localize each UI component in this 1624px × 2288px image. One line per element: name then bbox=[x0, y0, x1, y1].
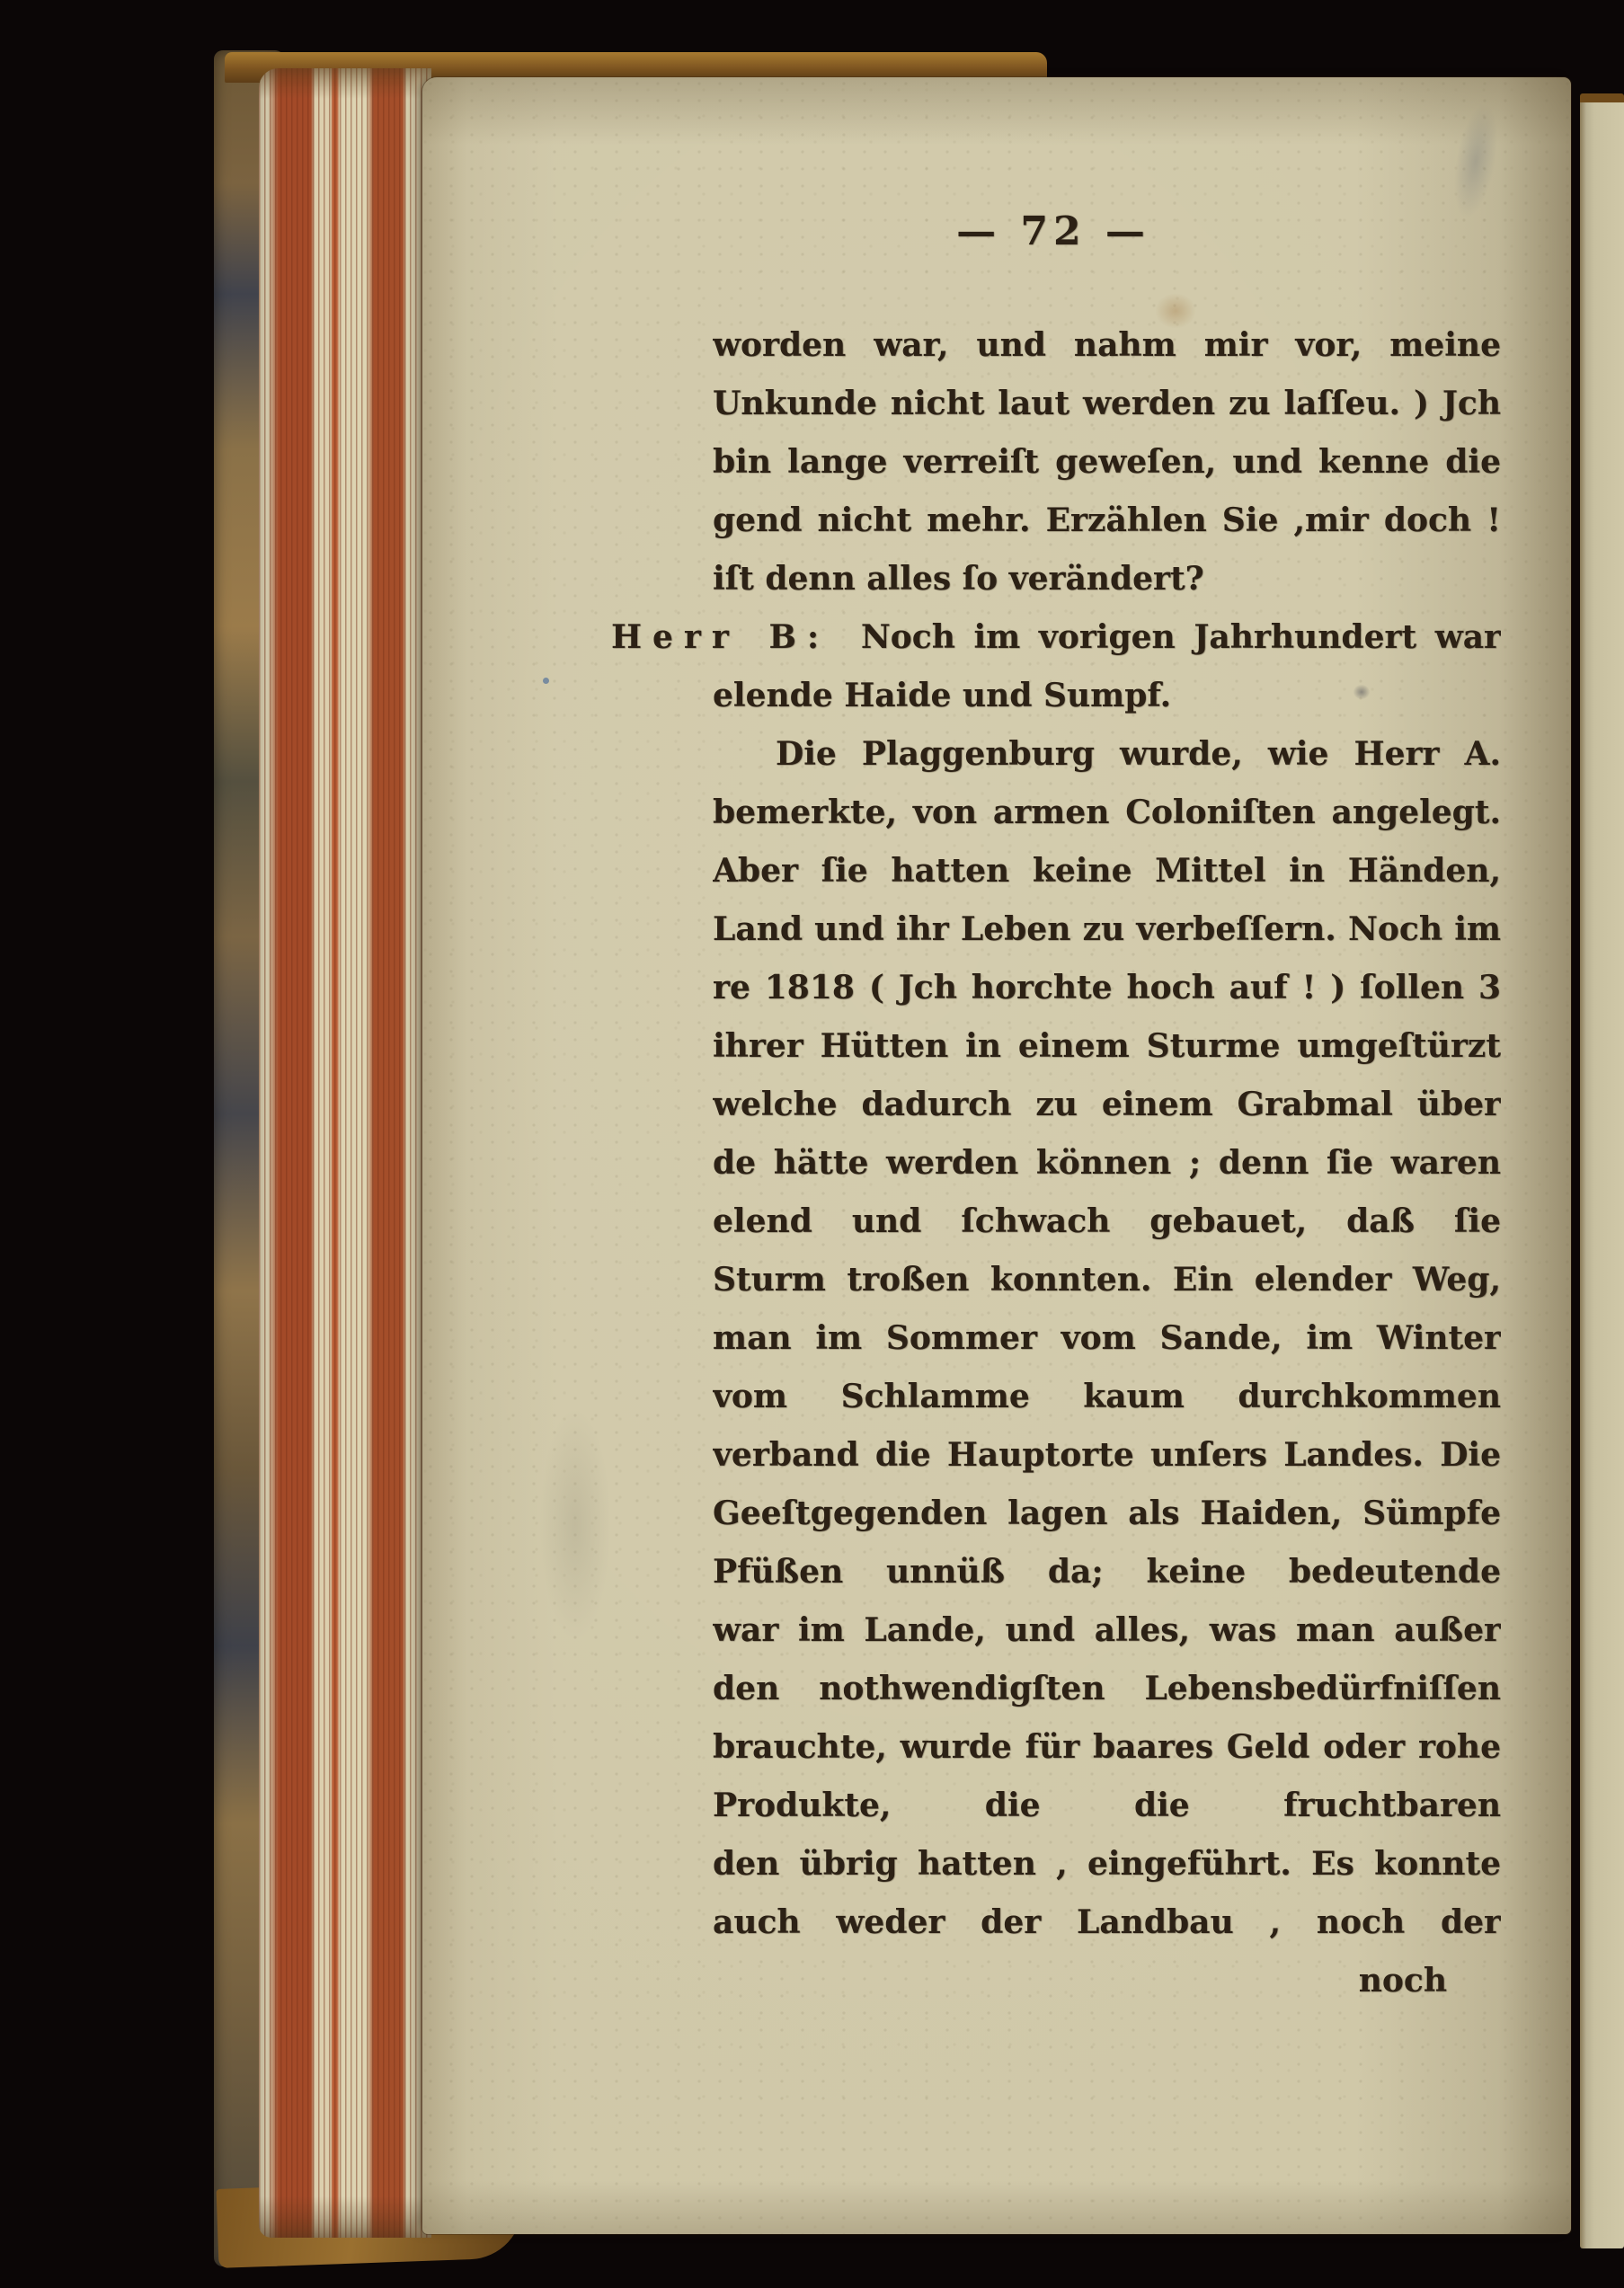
text-line-content: worden war, und nahm mir vor, meine bbox=[713, 326, 1501, 364]
text-line-content: Aber ſie hatten keine Mittel in Händen, … bbox=[713, 852, 1501, 900]
text-line-content: brauchte, wurde für baares Geld oder roh… bbox=[713, 1728, 1501, 1766]
text-line: verband die Hauptorte unſers Landes. Die bbox=[713, 1426, 1501, 1485]
text-line-content: bin lange verreiſt geweſen, und kenne di… bbox=[713, 443, 1501, 492]
catchword: noch bbox=[713, 1952, 1501, 2010]
text-line: bin lange verreiſt geweſen, und kenne di… bbox=[713, 433, 1501, 492]
text-line-content: den übrig hatten , eingeführt. Es konnte… bbox=[713, 1845, 1501, 1893]
text-line: Aber ſie hatten keine Mittel in Händen, … bbox=[713, 842, 1501, 900]
text-line: Produkte, die die fruchtbaren Marſchgege… bbox=[713, 1777, 1501, 1835]
text-line: brauchte, wurde für baares Geld oder roh… bbox=[713, 1718, 1501, 1777]
text-line: den nothwendigſten Lebensbedürfniſſen ge… bbox=[713, 1660, 1501, 1718]
text-line: man im Sommer vom Sande, im Winter bbox=[713, 1309, 1501, 1368]
text-line-content: Produkte, die die fruchtbaren Marſchgege… bbox=[713, 1787, 1501, 1835]
text-line: Geeſtgegenden lagen als Haiden, Sümpfe o… bbox=[713, 1485, 1501, 1543]
text-block: worden war, und nahm mir vor, meineUnkun… bbox=[713, 316, 1501, 1952]
text-line: welche dadurch zu einem Grabmal über der… bbox=[713, 1076, 1501, 1134]
book-page: — 72 — worden war, und nahm mir vor, mei… bbox=[422, 77, 1571, 2234]
text-line-content: elend und ſchwach gebauet, daß ſie keine… bbox=[713, 1202, 1501, 1251]
text-line: de hätte werden können ; denn ſie waren … bbox=[713, 1134, 1501, 1193]
text-line: auch weder der Landbau , noch der Handel… bbox=[713, 1893, 1501, 1952]
ink-speck bbox=[543, 678, 549, 684]
text-line-content: den nothwendigſten Lebensbedürfniſſen ge… bbox=[713, 1670, 1501, 1718]
text-line: war im Lande, und alles, was man außer bbox=[713, 1601, 1501, 1660]
show-through-ghost bbox=[539, 1407, 611, 1641]
facing-page-sliver bbox=[1580, 93, 1624, 2248]
text-line-content: war im Lande, und alles, was man außer bbox=[713, 1611, 1501, 1649]
text-line-content: iſt denn alles ſo verändert? bbox=[713, 560, 1204, 598]
text-line: Herr B: Noch im vorigen Jahrhundert war … bbox=[611, 608, 1501, 667]
text-line-content: Unkunde nicht laut werden zu laſſeu. ) J… bbox=[713, 385, 1501, 422]
text-line-content: Geeſtgegenden lagen als Haiden, Sümpfe o… bbox=[713, 1494, 1501, 1543]
text-line-content: de hätte werden können ; denn ſie waren … bbox=[713, 1144, 1501, 1193]
text-line-content: Pfüßen unnüß da; keine bedeutende Fabrik bbox=[713, 1553, 1501, 1601]
text-line: re 1818 ( Jch horchte hoch auf ! ) ſolle… bbox=[713, 959, 1501, 1017]
text-line: Land und ihr Leben zu verbeſſern. Noch i… bbox=[713, 900, 1501, 959]
text-line-content: Sturm troßen konnten. Ein elender Weg, w… bbox=[713, 1261, 1501, 1309]
text-line-content: verband die Hauptorte unſers Landes. Die bbox=[713, 1436, 1501, 1474]
text-line: worden war, und nahm mir vor, meine bbox=[713, 316, 1501, 375]
text-line-content: vom Schlamme kaum durchkommen konnte, bbox=[713, 1378, 1501, 1426]
text-line: Pfüßen unnüß da; keine bedeutende Fabrik bbox=[713, 1543, 1501, 1601]
page-number: — 72 — bbox=[956, 208, 1150, 254]
text-line-content: man im Sommer vom Sande, im Winter bbox=[713, 1319, 1501, 1357]
text-line: den übrig hatten , eingeführt. Es konnte… bbox=[713, 1835, 1501, 1893]
book-scan: — 72 — worden war, und nahm mir vor, mei… bbox=[0, 0, 1624, 2288]
text-line: elend und ſchwach gebauet, daß ſie keine… bbox=[713, 1193, 1501, 1251]
text-line: bemerkte, von armen Coloniſten angelegt. bbox=[713, 784, 1501, 842]
text-line-content: auch weder der Landbau , noch der Handel… bbox=[713, 1903, 1501, 1952]
text-line: Unkunde nicht laut werden zu laſſeu. ) J… bbox=[713, 375, 1501, 433]
speaker-label: Herr B: bbox=[611, 618, 830, 656]
text-line-content: welche dadurch zu einem Grabmal über der… bbox=[713, 1086, 1501, 1134]
text-line-content: re 1818 ( Jch horchte hoch auf ! ) ſolle… bbox=[713, 969, 1501, 1007]
text-line: Sturm troßen konnten. Ein elender Weg, w… bbox=[713, 1251, 1501, 1309]
text-line-content: gend nicht mehr. Erzählen Sie ,mir doch … bbox=[713, 501, 1501, 550]
text-line: Die Plaggenburg wurde, wie Herr A. ſchon bbox=[713, 725, 1501, 784]
text-line: gend nicht mehr. Erzählen Sie ,mir doch … bbox=[713, 492, 1501, 550]
text-line-content: Die Plaggenburg wurde, wie Herr A. ſchon bbox=[713, 735, 1501, 784]
text-line: ihrer Hütten in einem Sturme umgeſtürzt … bbox=[713, 1017, 1501, 1076]
text-line: iſt denn alles ſo verändert? bbox=[713, 550, 1501, 608]
text-line: vom Schlamme kaum durchkommen konnte, bbox=[713, 1368, 1501, 1426]
text-line-content: elende Haide und Sumpf. bbox=[713, 677, 1171, 714]
fore-edge-page-stack bbox=[259, 68, 431, 2238]
paper-smudge bbox=[1446, 100, 1505, 222]
text-line-content: ihrer Hütten in einem Sturme umgeſtürzt … bbox=[713, 1027, 1501, 1076]
text-line-content: bemerkte, von armen Coloniſten angelegt. bbox=[713, 794, 1501, 831]
text-line-content: Land und ihr Leben zu verbeſſern. Noch i… bbox=[713, 910, 1501, 959]
text-line: elende Haide und Sumpf. bbox=[713, 667, 1501, 725]
